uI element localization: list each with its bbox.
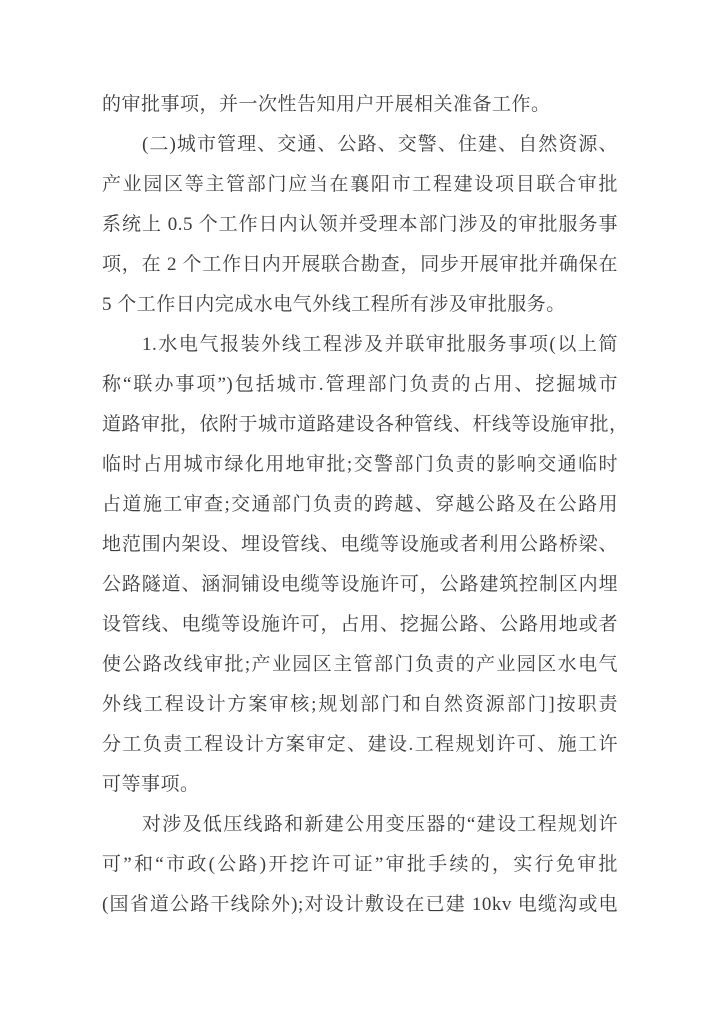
text-line: 分工负责工程设计方案审定、建设.工程规划许可、施工许 — [102, 725, 618, 765]
text-line: 地范围内架设、埋设管线、电缆等设施或者利用公路桥梁、 — [102, 525, 618, 565]
text-line: 5 个工作日内完成水电气外线工程所有涉及审批服务。 — [102, 285, 618, 325]
text-line: (二)城市管理、交通、公路、交警、住建、自然资源、 — [102, 125, 618, 165]
text-line: 外线工程设计方案审核;规划部门和自然资源部门]按职责 — [102, 685, 618, 725]
text-line: 对涉及低压线路和新建公用变压器的“建设工程规划许 — [102, 805, 618, 845]
text-line: 产业园区等主管部门应当在襄阳市工程建设项目联合审批 — [102, 165, 618, 205]
text-line: 道路审批，依附于城市道路建设各种管线、杆线等设施审批， — [102, 405, 618, 445]
text-line: 1.水电气报装外线工程涉及并联审批服务事项(以上简 — [102, 325, 618, 365]
document-page: 的审批事项，并一次性告知用户开展相关准备工作。 (二)城市管理、交通、公路、交警… — [0, 0, 720, 1018]
text-line: (国省道公路干线除外);对设计敷设在已建 10kv 电缆沟或电 — [102, 885, 618, 925]
document-body: 的审批事项，并一次性告知用户开展相关准备工作。 (二)城市管理、交通、公路、交警… — [102, 85, 618, 925]
paragraph: (二)城市管理、交通、公路、交警、住建、自然资源、 产业园区等主管部门应当在襄阳… — [102, 125, 618, 325]
text-line: 公路隧道、涵洞铺设电缆等设施许可，公路建筑控制区内埋 — [102, 565, 618, 605]
text-line: 项，在 2 个工作日内开展联合勘查，同步开展审批并确保在 — [102, 245, 618, 285]
text-line: 可等事项。 — [102, 765, 618, 805]
text-line: 可”和“市政(公路)开挖许可证”审批手续的，实行免审批 — [102, 845, 618, 885]
text-line: 系统上 0.5 个工作日内认领并受理本部门涉及的审批服务事 — [102, 205, 618, 245]
text-line: 设管线、电缆等设施许可，占用、挖掘公路、公路用地或者 — [102, 605, 618, 645]
text-line: 的审批事项，并一次性告知用户开展相关准备工作。 — [102, 85, 618, 125]
paragraph: 的审批事项，并一次性告知用户开展相关准备工作。 — [102, 85, 618, 125]
text-line: 使公路改线审批;产业园区主管部门负责的产业园区水电气 — [102, 645, 618, 685]
paragraph: 1.水电气报装外线工程涉及并联审批服务事项(以上简 称“联办事项”)包括城市.管… — [102, 325, 618, 805]
paragraph: 对涉及低压线路和新建公用变压器的“建设工程规划许 可”和“市政(公路)开挖许可证… — [102, 805, 618, 925]
text-line: 临时占用城市绿化用地审批;交警部门负责的影响交通临时 — [102, 445, 618, 485]
text-line: 占道施工审查;交通部门负责的跨越、穿越公路及在公路用 — [102, 485, 618, 525]
text-line: 称“联办事项”)包括城市.管理部门负责的占用、挖掘城市 — [102, 365, 618, 405]
